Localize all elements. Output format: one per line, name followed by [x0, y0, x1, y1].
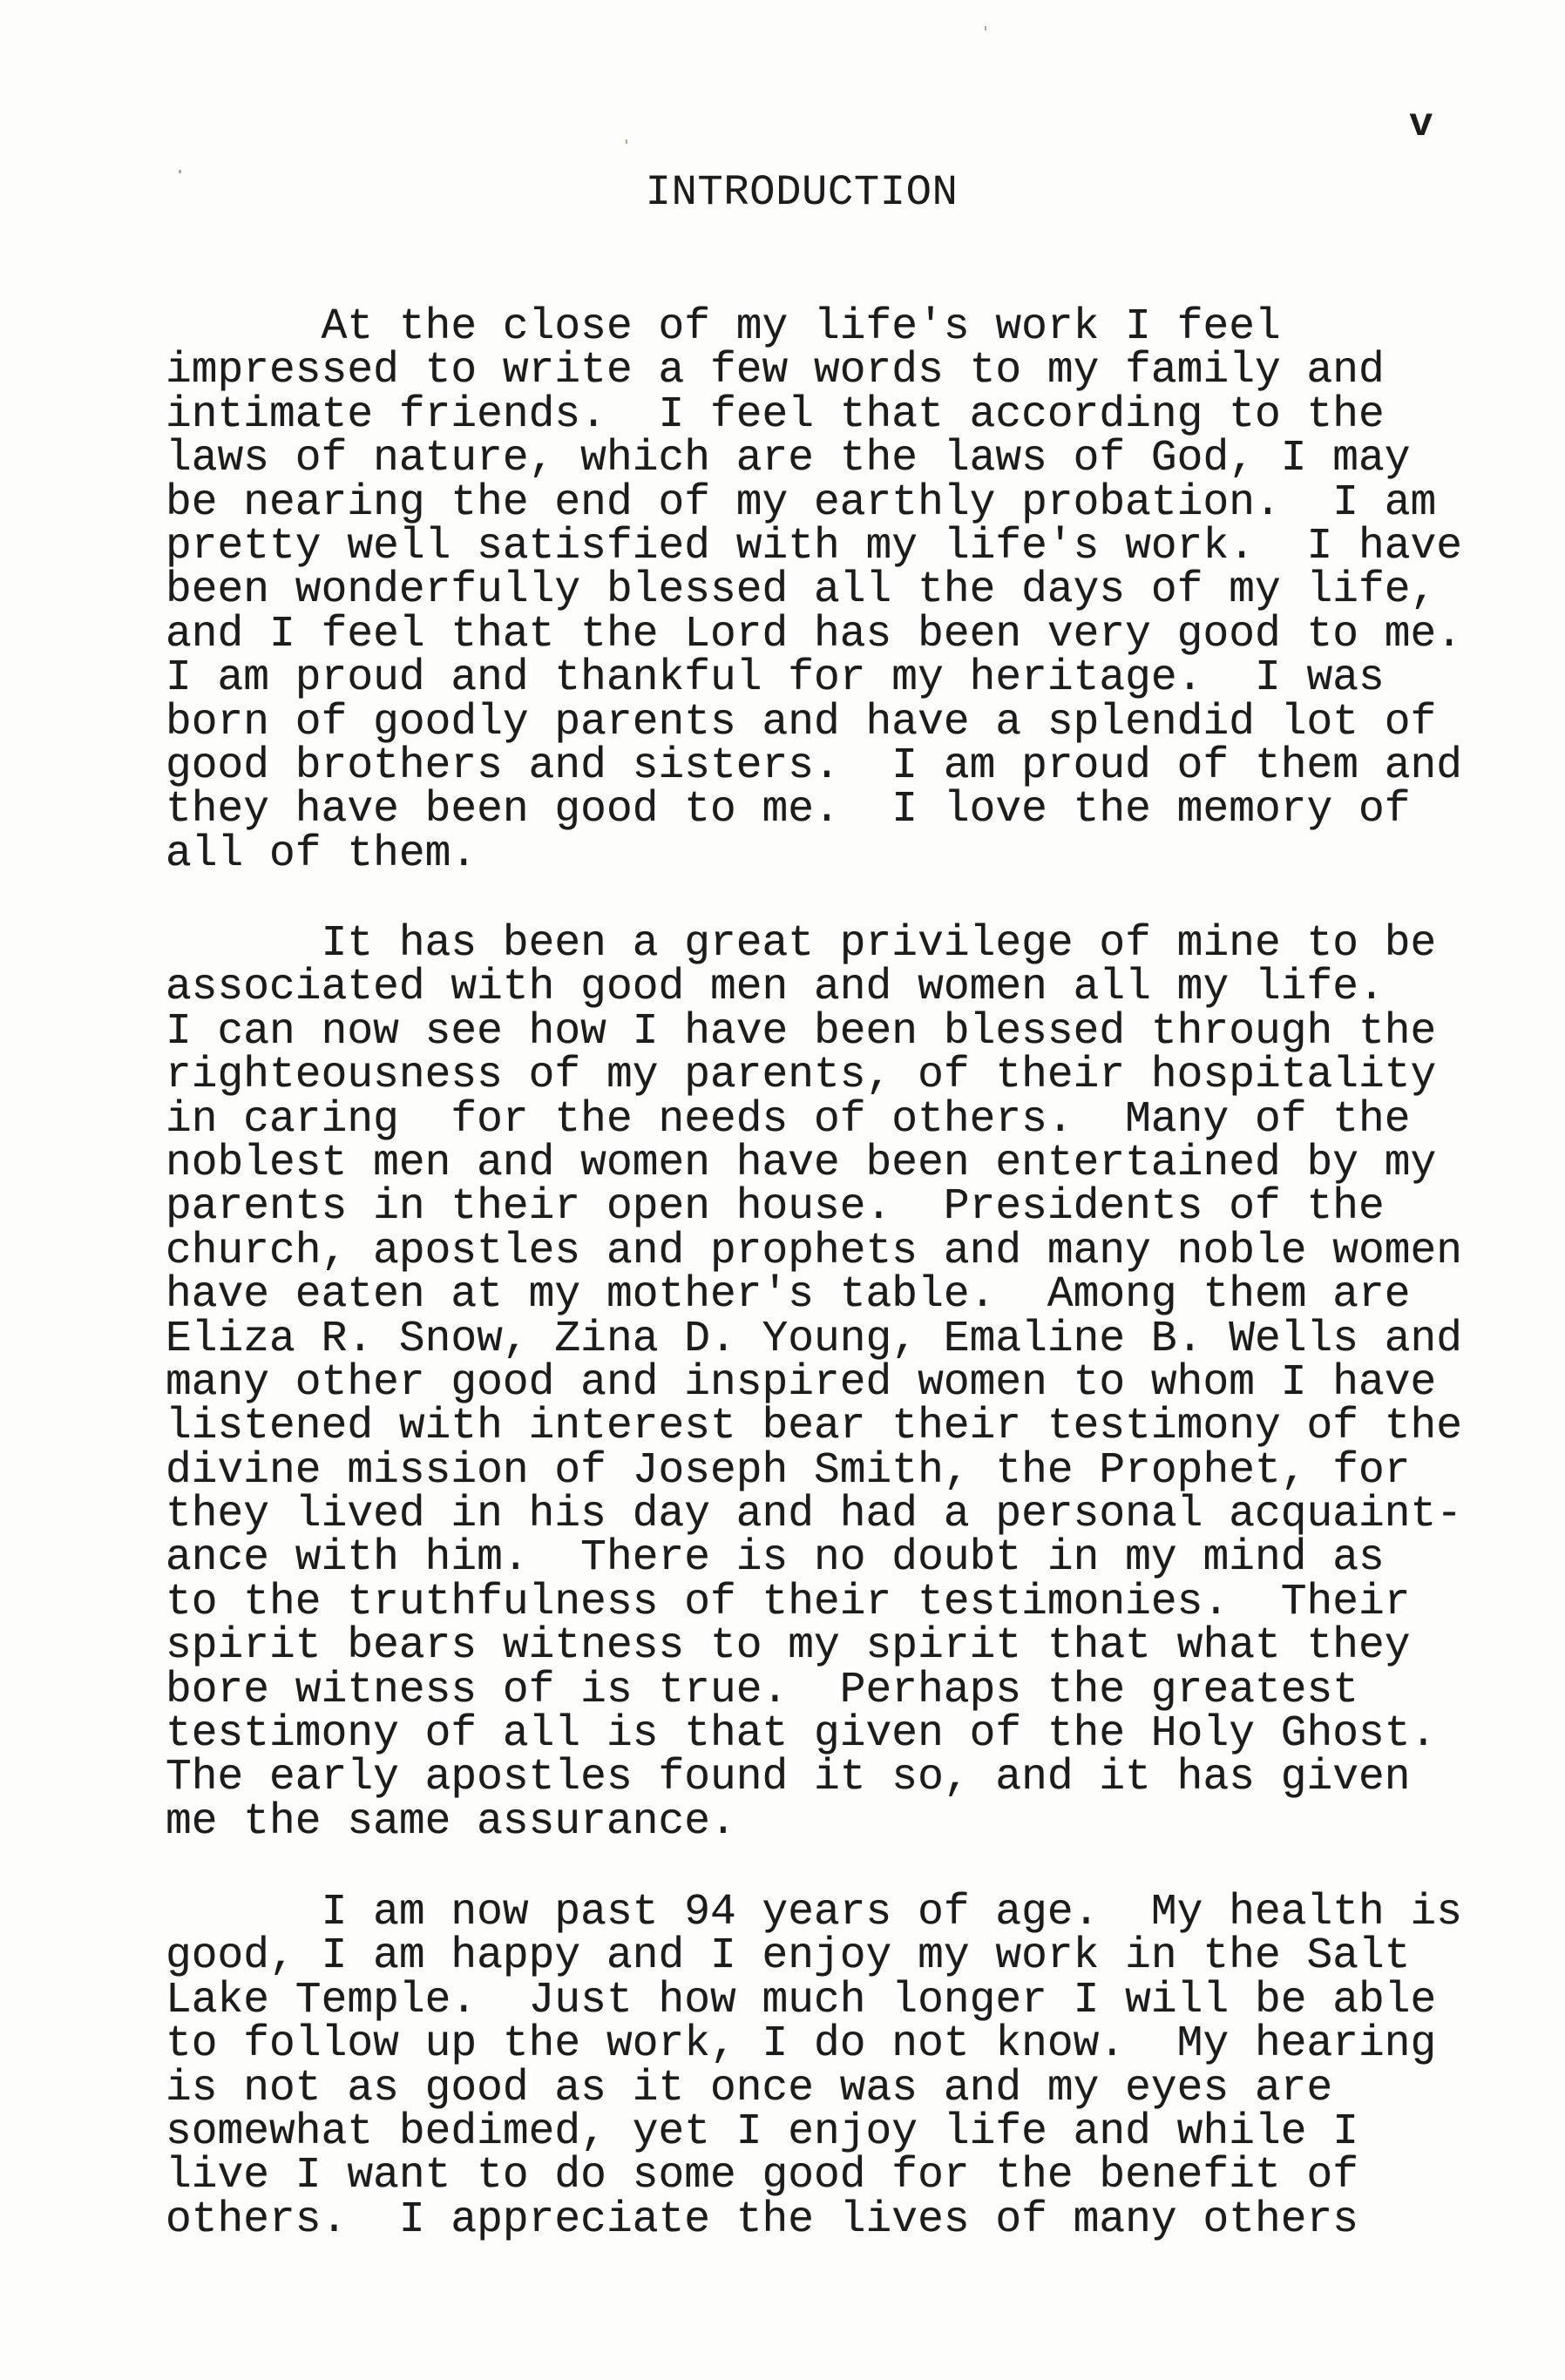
text-line: born of goodly parents and have a splend… — [166, 700, 1525, 744]
text-line: be nearing the end of my earthly probati… — [166, 481, 1525, 524]
text-line: It has been a great privilege of mine to… — [166, 922, 1525, 965]
text-line: have eaten at my mother's table. Among t… — [166, 1273, 1525, 1316]
text-line: somewhat bedimed, yet I enjoy life and w… — [166, 2110, 1525, 2153]
text-line: many other good and inspired women to wh… — [166, 1361, 1525, 1404]
text-line: righteousness of my parents, of their ho… — [166, 1053, 1525, 1097]
page-title: INTRODUCTION — [0, 171, 1565, 214]
text-line: The early apostles found it so, and it h… — [166, 1755, 1525, 1799]
text-line: I am proud and thankful for my heritage.… — [166, 656, 1525, 700]
text-line: all of them. — [166, 832, 1525, 876]
text-line: At the close of my life's work I feel — [166, 305, 1525, 348]
text-line: Eliza R. Snow, Zina D. Young, Emaline B.… — [166, 1317, 1525, 1361]
text-line: ance with him. There is no doubt in my m… — [166, 1536, 1525, 1579]
text-line: laws of nature, which are the laws of Go… — [166, 436, 1525, 480]
text-line: to the truthfulness of their testimonies… — [166, 1580, 1525, 1624]
text-line: in caring for the needs of others. Many … — [166, 1098, 1525, 1141]
text-line: I can now see how I have been blessed th… — [166, 1010, 1525, 1053]
text-line: Lake Temple. Just how much longer I will… — [166, 1978, 1525, 2022]
text-line: divine mission of Joseph Smith, the Prop… — [166, 1449, 1525, 1492]
paragraph-2: It has been a great privilege of mine to… — [166, 922, 1525, 1843]
text-line: intimate friends. I feel that according … — [166, 393, 1525, 436]
text-line: is not as good as it once was and my eye… — [166, 2066, 1525, 2110]
text-line: parents in their open house. Presidents … — [166, 1185, 1525, 1228]
text-line: me the same assurance. — [166, 1800, 1525, 1843]
text-line: and I feel that the Lord has been very g… — [166, 612, 1525, 656]
text-line: others. I appreciate the lives of many o… — [166, 2198, 1525, 2241]
paragraph-3: I am now past 94 years of age. My health… — [166, 1890, 1525, 2241]
text-line: bore witness of is true. Perhaps the gre… — [166, 1668, 1525, 1712]
paper-speck — [985, 26, 986, 30]
text-line: to follow up the work, I do not know. My… — [166, 2022, 1525, 2066]
text-line: good brothers and sisters. I am proud of… — [166, 744, 1525, 788]
text-line: listened with interest bear their testim… — [166, 1404, 1525, 1448]
text-line: good, I am happy and I enjoy my work in … — [166, 1934, 1525, 1978]
paper-speck — [179, 170, 181, 173]
text-line: I am now past 94 years of age. My health… — [166, 1890, 1525, 1934]
text-line: testimony of all is that given of the Ho… — [166, 1712, 1525, 1755]
text-line: been wonderfully blessed all the days of… — [166, 568, 1525, 612]
text-line: they have been good to me. I love the me… — [166, 788, 1525, 831]
text-line: spirit bears witness to my spirit that w… — [166, 1624, 1525, 1667]
text-line: associated with good men and women all m… — [166, 965, 1525, 1009]
text-line: church, apostles and prophets and many n… — [166, 1229, 1525, 1273]
text-line: impressed to write a few words to my fam… — [166, 348, 1525, 392]
text-line: pretty well satisfied with my life's wor… — [166, 524, 1525, 568]
paper-speck — [626, 139, 627, 144]
text-line: live I want to do some good for the bene… — [166, 2153, 1525, 2197]
text-line: noblest men and women have been entertai… — [166, 1141, 1525, 1185]
text-line: they lived in his day and had a personal… — [166, 1492, 1525, 1536]
page-number: v — [1409, 103, 1433, 146]
paragraph-1: At the close of my life's work I feelimp… — [166, 305, 1525, 876]
